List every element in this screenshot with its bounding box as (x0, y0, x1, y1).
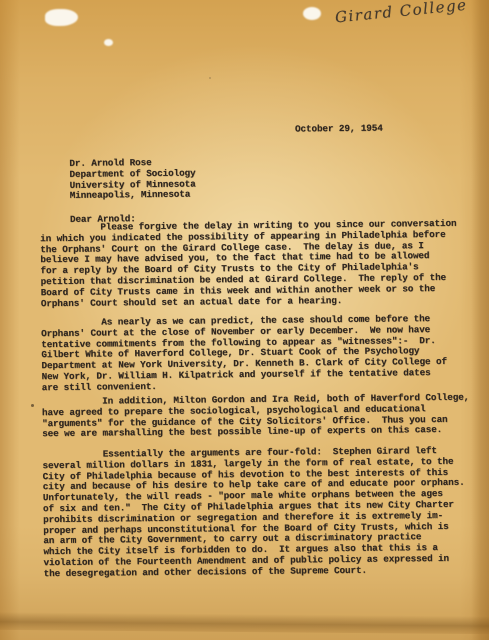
letter-paragraph: As nearly as we can predict, the case sh… (41, 314, 472, 394)
scan-edge-shadow (471, 0, 489, 640)
recipient-address: Dr. Arnold RoseDepartment of SociologyUn… (69, 158, 195, 203)
text-line: Minneapolis, Minnesota (70, 190, 196, 202)
scanned-letter: Girard College October 29, 1954 Dr. Arno… (0, 0, 489, 640)
handwritten-annotation: Girard College (334, 0, 485, 27)
letter-content: Girard College October 29, 1954 Dr. Arno… (0, 0, 489, 640)
letter-paragraph: In addition, Milton Gordon and Ira Reid,… (42, 393, 472, 441)
text-line: the desegregation and other decisions of… (44, 564, 474, 579)
letter-date: October 29, 1954 (295, 123, 383, 135)
letter-paragraph: Please forgive the delay in writing to y… (40, 219, 471, 310)
text-line: Orphans' Court should set an actual date… (41, 294, 471, 309)
letter-paragraph: Essentially the arguments are four-fold:… (42, 446, 473, 580)
text-line: see we are marshalling the best possible… (42, 425, 472, 440)
